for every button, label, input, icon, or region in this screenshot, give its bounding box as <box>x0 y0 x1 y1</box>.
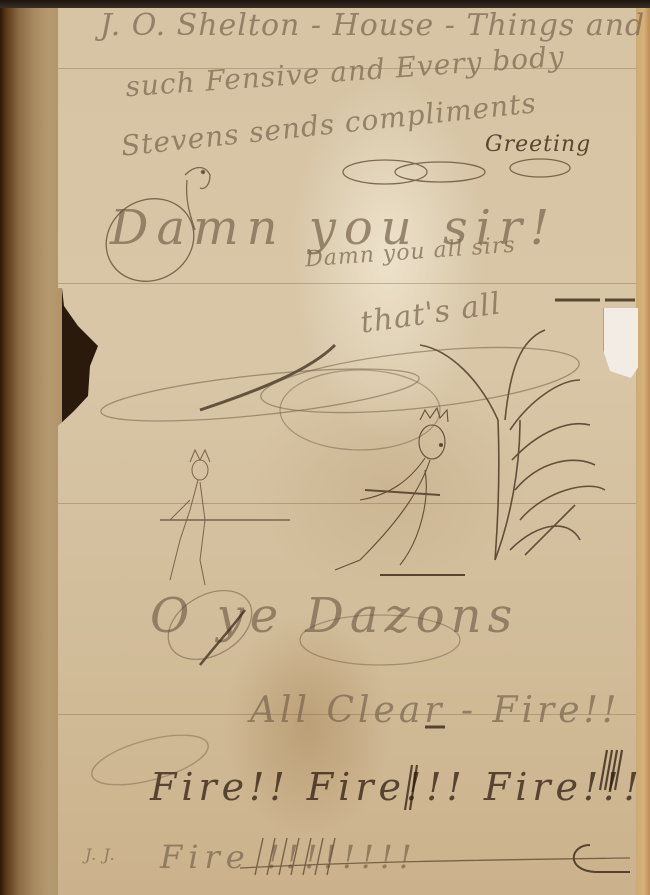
handwritten-o-ye-dazons: O ye Dazons <box>150 588 518 644</box>
handwritten-greeting: Greeting <box>485 132 591 157</box>
right-page-edge <box>634 0 650 895</box>
handwritten-fire-fire-fire: Fire!! Fire!!! Fire!!! <box>150 765 644 809</box>
fold-line <box>58 283 636 284</box>
fold-line <box>58 503 636 504</box>
book-binding <box>0 0 62 895</box>
handwritten-line-1: J. O. Shelton - House - Things and <box>100 8 645 43</box>
top-edge-shadow <box>0 0 650 8</box>
initials-jj: J. J. <box>85 845 116 864</box>
handwritten-all-clear-fire: All Clear - Fire!! <box>250 690 621 731</box>
handwritten-fire-exclamations: Fire !!!!!!!! <box>160 838 418 876</box>
